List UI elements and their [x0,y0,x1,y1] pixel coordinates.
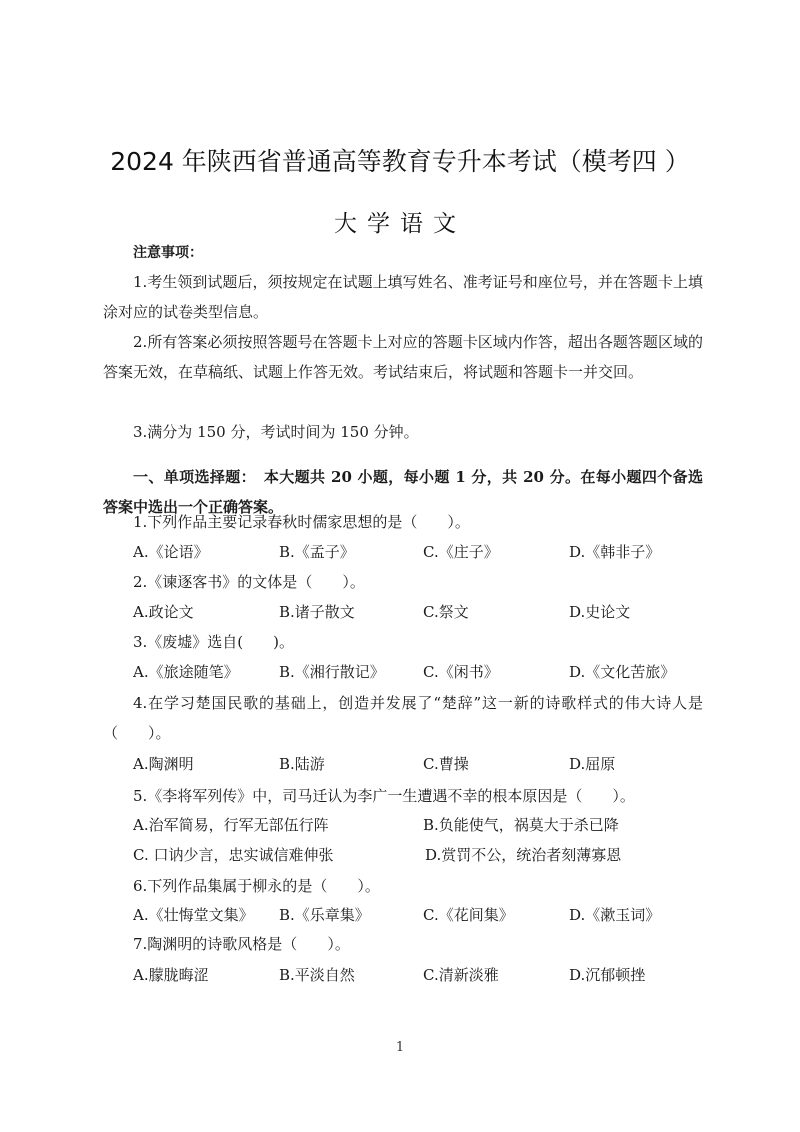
question-3-stem: 3.《废墟》选自( )。 [133,627,294,657]
option-d: D.《漱玉词》 [569,900,660,930]
notice-heading: 注意事项： [133,242,203,262]
exam-title: 2024 年陕西省普通高等教育专升本考试（模考四 ） [0,142,800,178]
page-number: 1 [0,1040,800,1055]
option-c: C.曹操 [423,749,469,779]
question-1-options: A.《论语》 B.《孟子》 C.《庄子》 D.《韩非子》 [133,537,693,567]
exam-page: 2024 年陕西省普通高等教育专升本考试（模考四 ） 大学语文 注意事项： 1.… [0,0,800,1132]
question-6-options: A.《壮悔堂文集》 B.《乐章集》 C.《花间集》 D.《漱玉词》 [133,900,693,930]
question-1-stem: 1.下列作品主要记录春秋时儒家思想的是（ ）。 [133,507,470,537]
option-d: D.沉郁顿挫 [569,960,645,990]
option-c: C.《闲书》 [423,657,499,687]
notice-item-2: 2.所有答案必须按照答题号在答题卡上对应的答题卡区域内作答，超出各题答题区域的答… [103,327,703,387]
question-4-stem: 4.在学习楚国民歌的基础上，创造并发展了“楚辞”这一新的诗歌样式的伟大诗人是（ … [103,688,703,748]
option-b: B.陆游 [279,749,325,779]
question-7-stem: 7.陶渊明的诗歌风格是（ ）。 [133,929,350,959]
question-7-options: A.朦胧晦涩 B.平淡自然 C.清新淡雅 D.沉郁顿挫 [133,960,693,990]
question-2-options: A.政论文 B.诸子散文 C.祭文 D.史论文 [133,597,693,627]
question-3-options: A.《旅途随笔》 B.《湘行散记》 C.《闲书》 D.《文化苦旅》 [133,657,693,687]
option-b: B.平淡自然 [279,960,355,990]
question-6-stem: 6.下列作品集属于柳永的是（ ）。 [133,871,380,901]
option-b: B.《湘行散记》 [279,657,385,687]
question-4-options: A.陶渊明 B.陆游 C.曹操 D.屈原 [133,749,693,779]
option-b: B.诸子散文 [279,597,355,627]
question-5-options-row-2: C. 口讷少言，忠实诚信难伸张 D.赏罚不公，统治者刻薄寡恩 [133,840,693,870]
option-a: A.陶渊明 [133,749,194,779]
option-a: A.朦胧晦涩 [133,960,209,990]
notice-item-1: 1.考生领到试题后，须按规定在试题上填写姓名、准考证号和座位号，并在答题卡上填涂… [103,267,703,327]
option-d: D.《文化苦旅》 [569,657,675,687]
option-c: C.《花间集》 [423,900,514,930]
question-5-stem: 5.《李将军列传》中，司马迁认为李广一生遭遇不幸的根本原因是（ ）。 [133,781,635,811]
option-a: A.《旅途随笔》 [133,657,239,687]
option-d: D.《韩非子》 [569,537,660,567]
option-c: C.清新淡雅 [423,960,499,990]
option-b: B.《乐章集》 [279,900,370,930]
question-2-stem: 2.《谏逐客书》的文体是（ ）。 [133,567,365,597]
option-d: D.屈原 [569,749,615,779]
option-a: A.治军简易，行军无部伍行阵 [133,810,329,840]
option-c: C.《庄子》 [423,537,499,567]
option-c: C.祭文 [423,597,469,627]
option-b: B.负能使气，祸莫大于杀已降 [423,810,619,840]
question-5-options-row-1: A.治军简易，行军无部伍行阵 B.负能使气，祸莫大于杀已降 [133,810,693,840]
option-c: C. 口讷少言，忠实诚信难伸张 [133,840,333,870]
option-a: A.《论语》 [133,537,209,567]
option-d: D.史论文 [569,597,630,627]
option-b: B.《孟子》 [279,537,355,567]
option-d: D.赏罚不公，统治者刻薄寡恩 [425,840,621,870]
option-a: A.《壮悔堂文集》 [133,900,254,930]
option-a: A.政论文 [133,597,194,627]
subject-title: 大学语文 [0,205,800,238]
section-1-heading: 一、单项选择题： [133,468,249,486]
notice-item-3: 3.满分为 150 分，考试时间为 150 分钟。 [103,417,703,447]
